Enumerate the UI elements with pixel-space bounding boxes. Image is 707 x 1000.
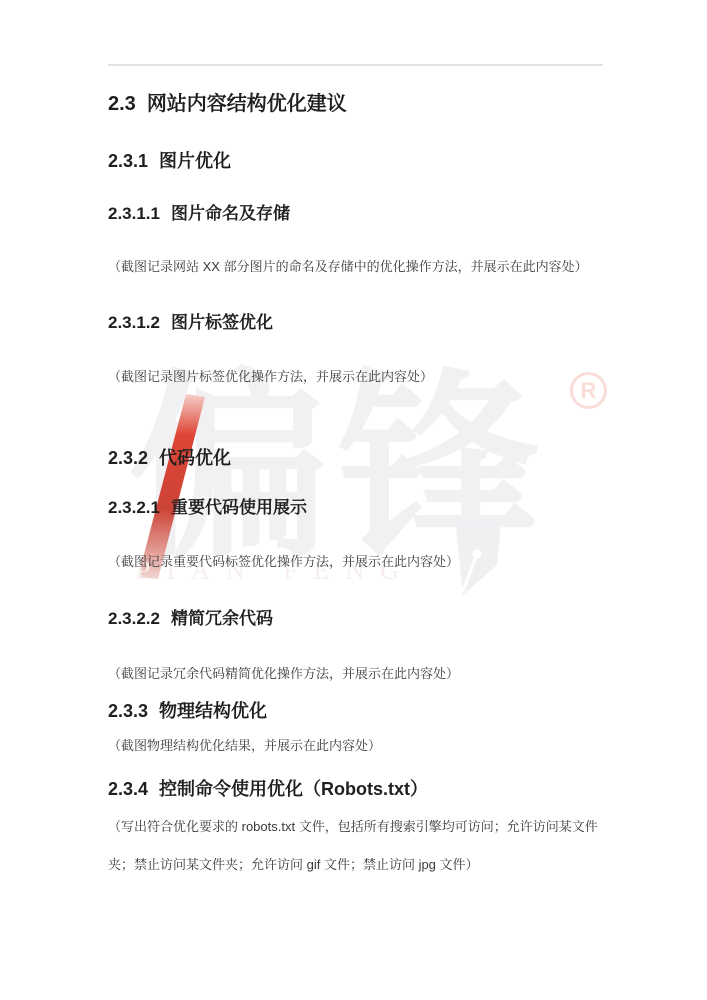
- document-body: 2.3网站内容结构优化建议 2.3.1图片优化 2.3.1.1图片命名及存储 （…: [0, 64, 707, 884]
- placeholder-note: （截图记录网站 XX 部分图片的命名及存储中的优化操作方法，并展示在此内容处）: [108, 258, 610, 275]
- heading-title: 控制命令使用优化（Robots.txt）: [159, 779, 428, 799]
- heading-number: 2.3.3: [108, 701, 148, 721]
- placeholder-note: （截图记录重要代码标签优化操作方法，并展示在此内容处）: [108, 553, 610, 570]
- heading-title: 精简冗余代码: [171, 609, 273, 628]
- subsection-heading-2-3-3: 2.3.3物理结构优化: [108, 700, 610, 722]
- heading-number: 2.3.1.1: [108, 204, 160, 223]
- subsection-heading-2-3-2: 2.3.2代码优化: [108, 447, 610, 469]
- heading-number: 2.3.2.1: [108, 498, 160, 517]
- heading-number: 2.3.1.2: [108, 313, 160, 332]
- heading-number: 2.3.1: [108, 151, 148, 171]
- heading-title: 图片命名及存储: [171, 204, 290, 223]
- placeholder-note: （截图记录冗余代码精简优化操作方法，并展示在此内容处）: [108, 665, 610, 682]
- subsection-heading-2-3-1-2: 2.3.1.2图片标签优化: [108, 312, 610, 333]
- subsection-heading-2-3-1-1: 2.3.1.1图片命名及存储: [108, 203, 610, 224]
- section-divider: [108, 64, 603, 66]
- heading-title: 代码优化: [159, 448, 231, 468]
- heading-title: 图片优化: [159, 151, 231, 171]
- robots-requirements-note: （写出符合优化要求的 robots.txt 文件，包括所有搜索引擎均可访问；允许…: [108, 808, 610, 884]
- placeholder-note: （截图物理结构优化结果，并展示在此内容处）: [108, 737, 610, 754]
- placeholder-note: （截图记录图片标签优化操作方法，并展示在此内容处）: [108, 368, 610, 385]
- section-heading-2-3: 2.3网站内容结构优化建议: [108, 92, 610, 116]
- heading-number: 2.3: [108, 93, 136, 115]
- heading-number: 2.3.2: [108, 448, 148, 468]
- subsection-heading-2-3-2-1: 2.3.2.1重要代码使用展示: [108, 497, 610, 518]
- heading-title: 图片标签优化: [171, 313, 273, 332]
- subsection-heading-2-3-1: 2.3.1图片优化: [108, 150, 610, 172]
- subsection-heading-2-3-4: 2.3.4控制命令使用优化（Robots.txt）: [108, 778, 610, 800]
- heading-title: 重要代码使用展示: [171, 498, 307, 517]
- subsection-heading-2-3-2-2: 2.3.2.2精简冗余代码: [108, 608, 610, 629]
- heading-number: 2.3.2.2: [108, 609, 160, 628]
- heading-title: 网站内容结构优化建议: [147, 93, 347, 115]
- heading-title: 物理结构优化: [159, 701, 267, 721]
- heading-number: 2.3.4: [108, 779, 148, 799]
